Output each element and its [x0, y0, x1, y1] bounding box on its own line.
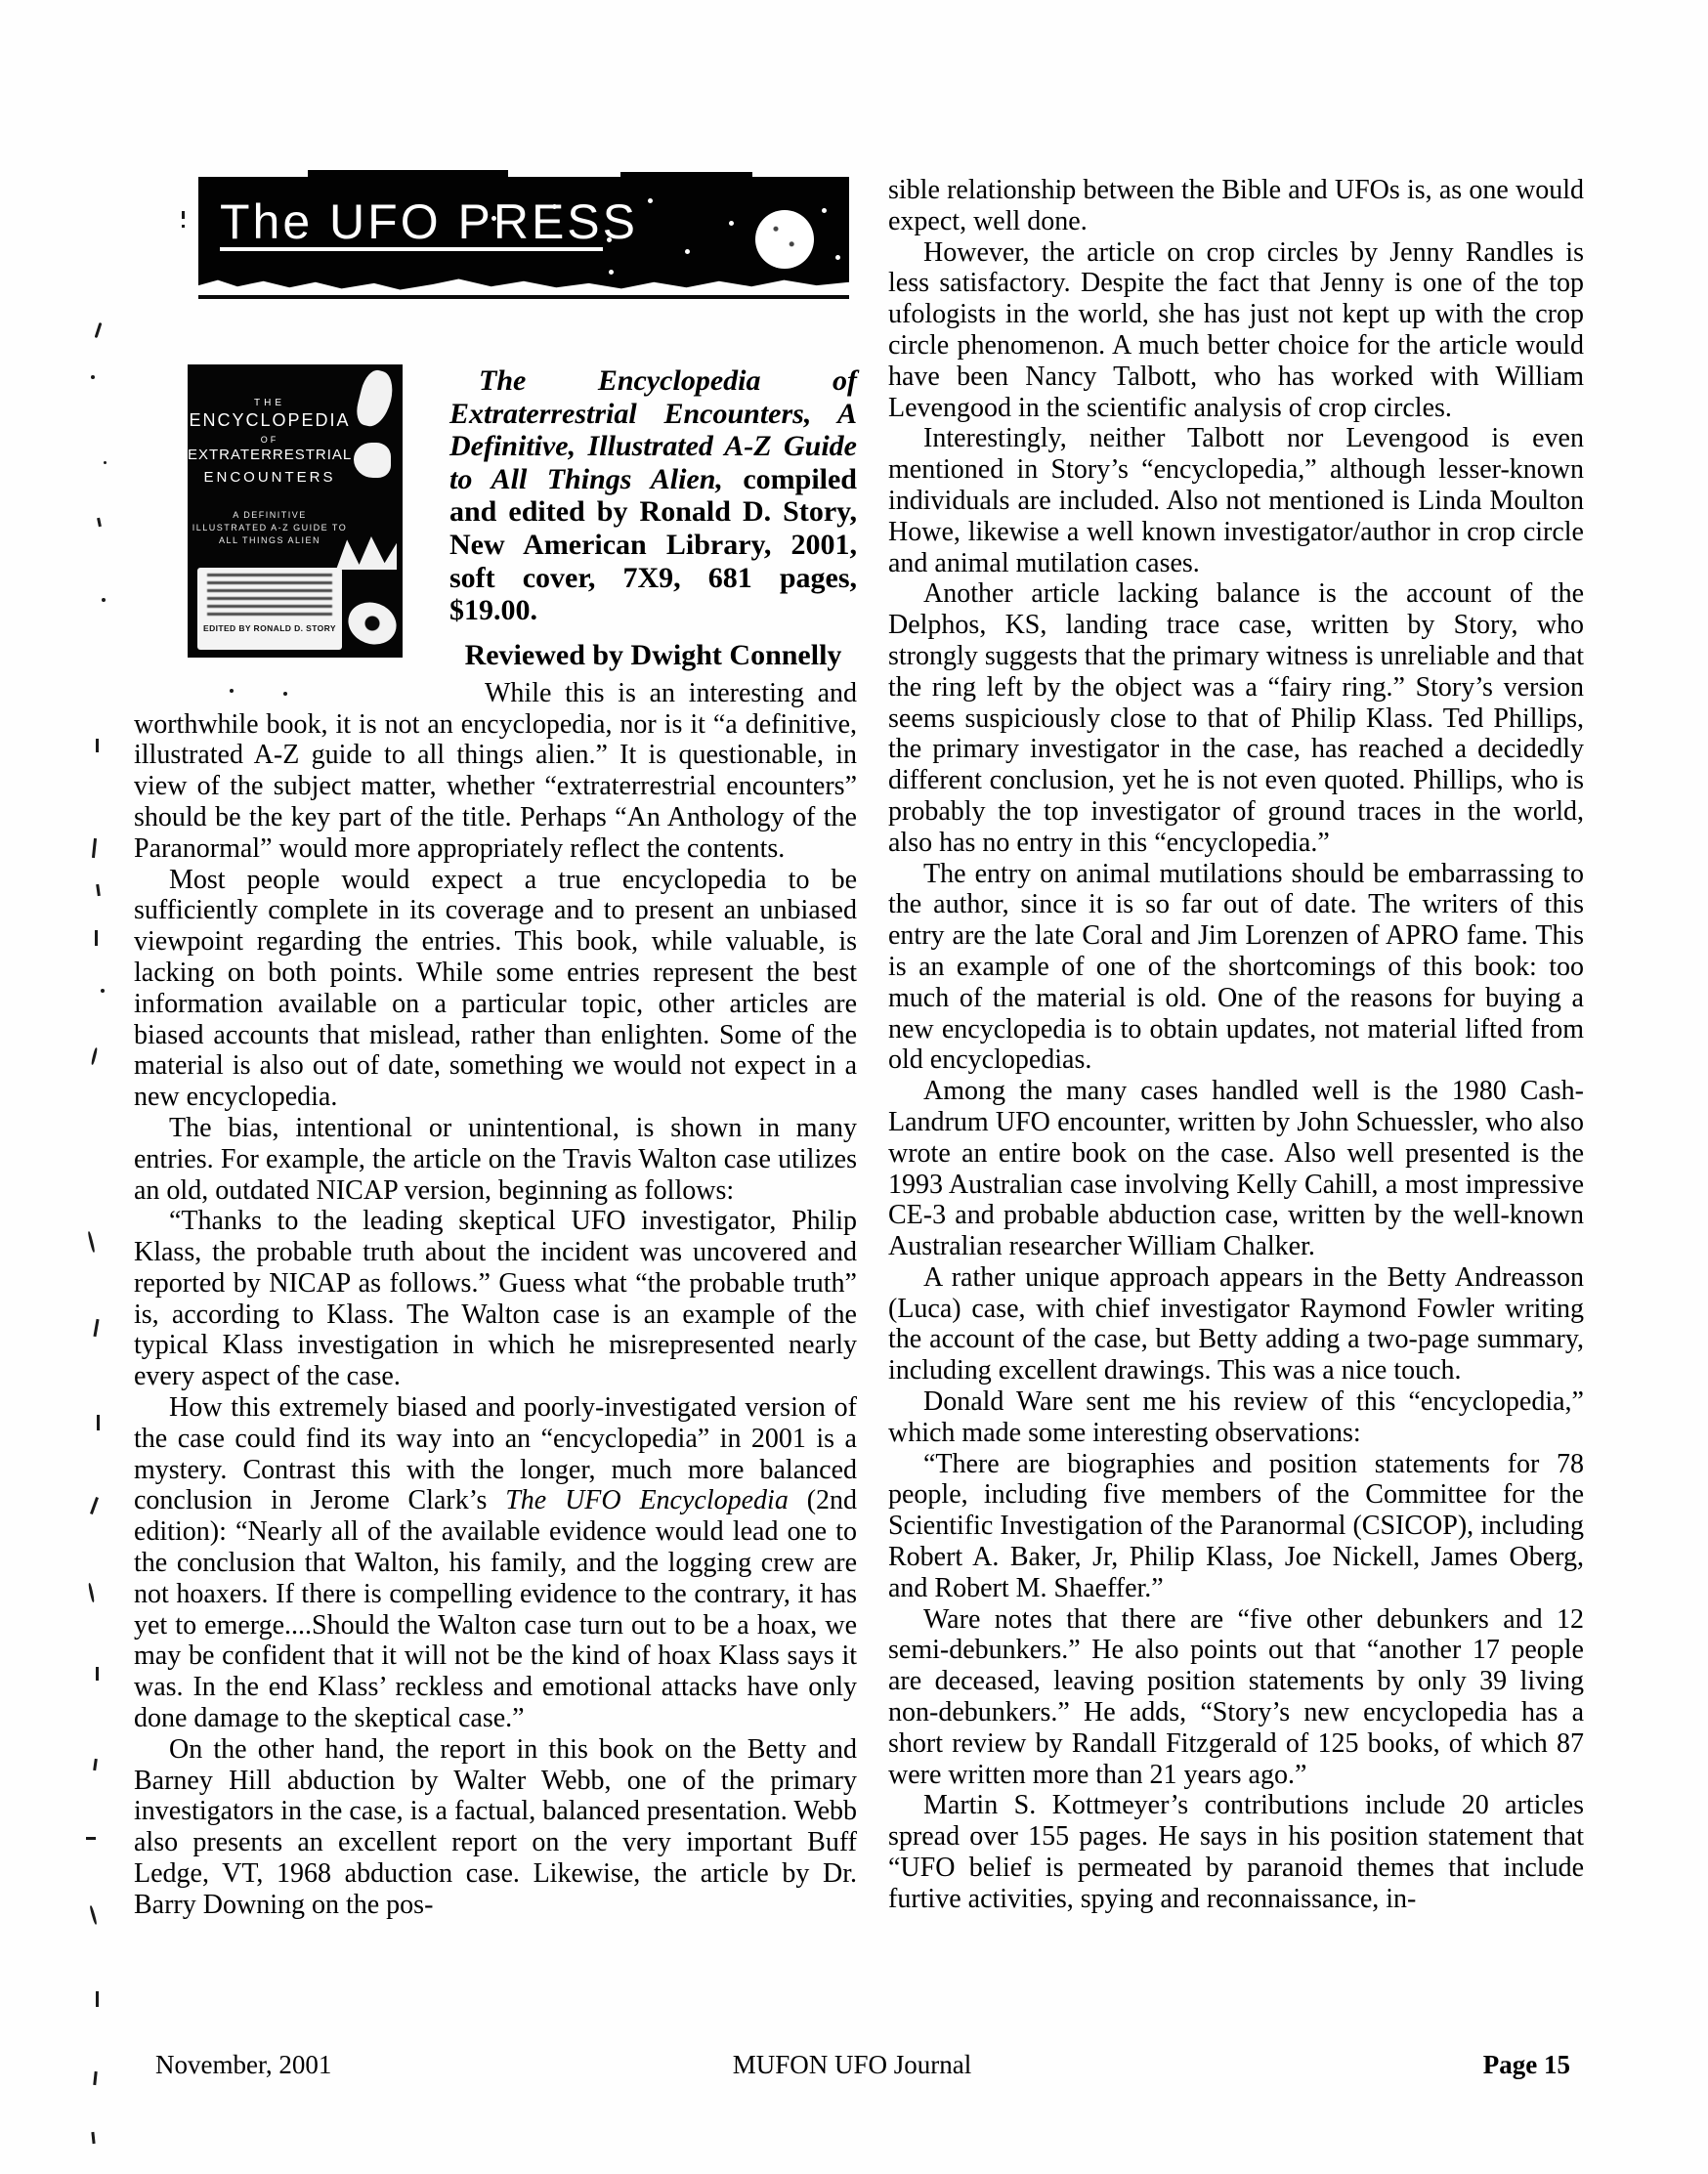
scan-artifact: [101, 989, 105, 993]
cover-contributors-panel: EDITED BY RONALD D. STORY: [197, 568, 342, 650]
paragraph: How this extremely biased and poorly-inv…: [134, 1392, 857, 1734]
ufo-press-banner: The UFO PRESS: [198, 177, 849, 299]
paragraph: Martin S. Kottmeyer’s contributions incl…: [888, 1790, 1584, 1914]
scan-artifact: [93, 1319, 99, 1337]
paragraph: “There are biographies and position stat…: [888, 1449, 1584, 1604]
paragraph: sible relationship between the Bible and…: [888, 175, 1584, 237]
alien-artwork-fragment: [342, 596, 402, 652]
footer-page-number: Page 15: [1483, 2050, 1570, 2080]
scan-artifact: [92, 838, 97, 858]
paragraph: A rather unique approach appears in the …: [888, 1262, 1584, 1386]
scan-artifact: [182, 211, 185, 219]
scan-artifact: [95, 322, 103, 338]
scan-artifact: [96, 1991, 99, 2007]
paragraph: The bias, intentional or unintentional, …: [134, 1113, 857, 1206]
paragraph: Among the many cases handled well is the…: [888, 1076, 1584, 1262]
scan-artifact: [90, 1497, 99, 1514]
scan-artifact: [104, 461, 107, 464]
contributor-names-illegible: [207, 574, 331, 618]
cover-encounters: ENCOUNTERS: [188, 469, 352, 486]
cover-subtitle: A DEFINITIVE ILLUSTRATED A-Z GUIDE TO AL…: [188, 509, 352, 547]
review-body-left: While this is an interesting and worthwh…: [134, 678, 857, 1921]
cover-the: THE: [188, 398, 352, 408]
paragraph: The entry on animal mutilations should b…: [888, 859, 1584, 1077]
scan-artifact: [89, 1905, 97, 1925]
footer-journal: MUFON UFO Journal: [134, 2050, 1570, 2080]
cover-editor-line: EDITED BY RONALD D. STORY: [197, 623, 342, 633]
scan-artifact: [93, 1759, 98, 1770]
paragraph: However, the article on crop circles by …: [888, 237, 1584, 424]
banner-title: The UFO PRESS: [220, 193, 638, 250]
book-cover: THE ENCYCLOPEDIA OF EXTRATERRESTRIAL ENC…: [188, 364, 403, 658]
scan-artifact: [230, 689, 234, 693]
banner-horizon: [198, 274, 849, 295]
scan-artifact: [283, 692, 287, 696]
paragraph: Another article lacking balance is the a…: [888, 578, 1584, 858]
cover-encyclopedia: ENCYCLOPEDIA: [188, 410, 352, 431]
cover-extraterrestrial: EXTRATERRESTRIAL: [188, 447, 352, 463]
paragraph: Ware notes that there are “five other de…: [888, 1604, 1584, 1791]
alien-artwork-fragment: [354, 443, 391, 478]
scan-artifact: [86, 1837, 96, 1840]
scan-artifact: [91, 1047, 98, 1065]
scan-artifact: [95, 930, 98, 946]
scan-artifact: [91, 2132, 95, 2144]
moon-icon: [755, 210, 814, 269]
scan-artifact: [91, 375, 95, 379]
scan-artifact: [96, 739, 99, 752]
scan-artifact: [88, 1583, 95, 1602]
paragraph: Donald Ware sent me his review of this “…: [888, 1386, 1584, 1449]
paragraph: On the other hand, the report in this bo…: [134, 1734, 857, 1921]
paragraph: While this is an interesting and worthwh…: [134, 678, 857, 865]
scan-artifact: [96, 884, 101, 896]
banner-underline: [220, 247, 603, 251]
alien-artwork-fragment: [353, 367, 397, 430]
cover-float: THE ENCYCLOPEDIA OF EXTRATERRESTRIAL ENC…: [134, 364, 449, 699]
left-column: THE ENCYCLOPEDIA OF EXTRATERRESTRIAL ENC…: [134, 364, 857, 1921]
scan-artifact: [182, 225, 185, 228]
scan-artifact: [93, 2071, 97, 2085]
cover-of: OF: [188, 435, 352, 445]
magazine-page: The UFO PRESS THE ENCYCLOPEDIA OF EXTRAT…: [0, 0, 1708, 2174]
scan-artifact: [97, 518, 102, 527]
scan-artifact: [87, 1231, 95, 1253]
stars-icon: [491, 216, 496, 221]
scan-artifact: [96, 1667, 99, 1681]
scan-artifact: [97, 1415, 100, 1430]
paragraph: Interestingly, neither Talbott nor Leven…: [888, 423, 1584, 578]
review-body-right: sible relationship between the Bible and…: [888, 175, 1584, 1915]
paragraph: “Thanks to the leading skeptical UFO inv…: [134, 1206, 857, 1392]
scan-artifact: [102, 598, 106, 602]
paragraph: Most people would expect a true encyclop…: [134, 865, 857, 1113]
right-column: sible relationship between the Bible and…: [888, 175, 1584, 1915]
